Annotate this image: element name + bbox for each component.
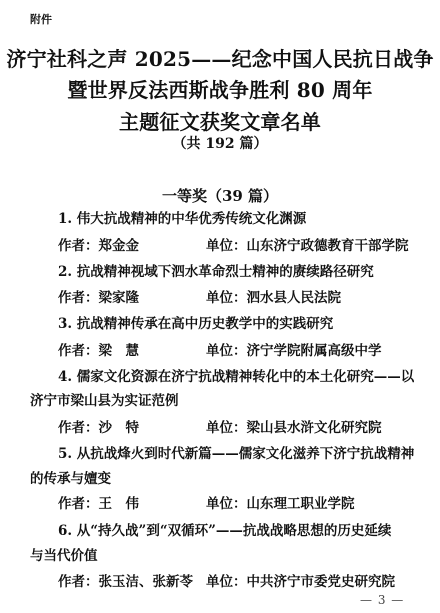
- title-line-2: 暨世界反法西斯战争胜利 80 周年: [0, 78, 440, 102]
- entry-author: 作者：王 伟: [58, 494, 139, 514]
- total-count: （共 192 篇）: [0, 135, 440, 153]
- entry-title-continued: 的传承与嬗变: [30, 469, 111, 489]
- page-number: — 3 —: [360, 593, 404, 607]
- entry-unit: 单位：济宁学院附属高级中学: [206, 341, 382, 361]
- entry-unit: 单位：山东济宁政德教育干部学院: [206, 236, 409, 256]
- entry-author: 作者：张玉洁、张新苓: [58, 572, 193, 592]
- entry-author: 作者：沙 特: [58, 418, 139, 438]
- entry-unit: 单位：梁山县水浒文化研究院: [206, 418, 382, 438]
- entry-unit: 单位：山东理工职业学院: [206, 494, 355, 514]
- entry-title-continued: 与当代价值: [30, 546, 98, 566]
- entry-author: 作者：梁家隆: [58, 288, 139, 308]
- title-line-1: 济宁社科之声 2025——纪念中国人民抗日战争: [0, 47, 440, 71]
- entry-title: 5. 从抗战烽火到时代新篇——儒家文化滋养下济宁抗战精神: [58, 444, 414, 464]
- entry-author: 作者：郑金金: [58, 236, 139, 256]
- entry-title: 1. 伟大抗战精神的中华优秀传统文化渊源: [58, 209, 306, 229]
- entry-title: 2. 抗战精神视域下泗水革命烈士精神的赓续路径研究: [58, 262, 374, 282]
- section-title-first-prize: 一等奖（39 篇）: [0, 186, 440, 206]
- entry-title: 3. 抗战精神传承在高中历史教学中的实践研究: [58, 314, 333, 334]
- entry-title: 6. 从“持久战”到“双循环”——抗战战略思想的历史延续: [58, 521, 391, 541]
- entry-unit: 单位：泗水县人民法院: [206, 288, 341, 308]
- attachment-label: 附件: [30, 11, 52, 27]
- entry-author: 作者：梁 慧: [58, 341, 139, 361]
- entry-title: 4. 儒家文化资源在济宁抗战精神转化中的本土化研究——以: [58, 367, 414, 387]
- title-line-3: 主题征文获奖文章名单: [0, 110, 440, 134]
- entry-title-continued: 济宁市梁山县为实证范例: [30, 391, 179, 411]
- entry-unit: 单位：中共济宁市委党史研究院: [206, 572, 395, 592]
